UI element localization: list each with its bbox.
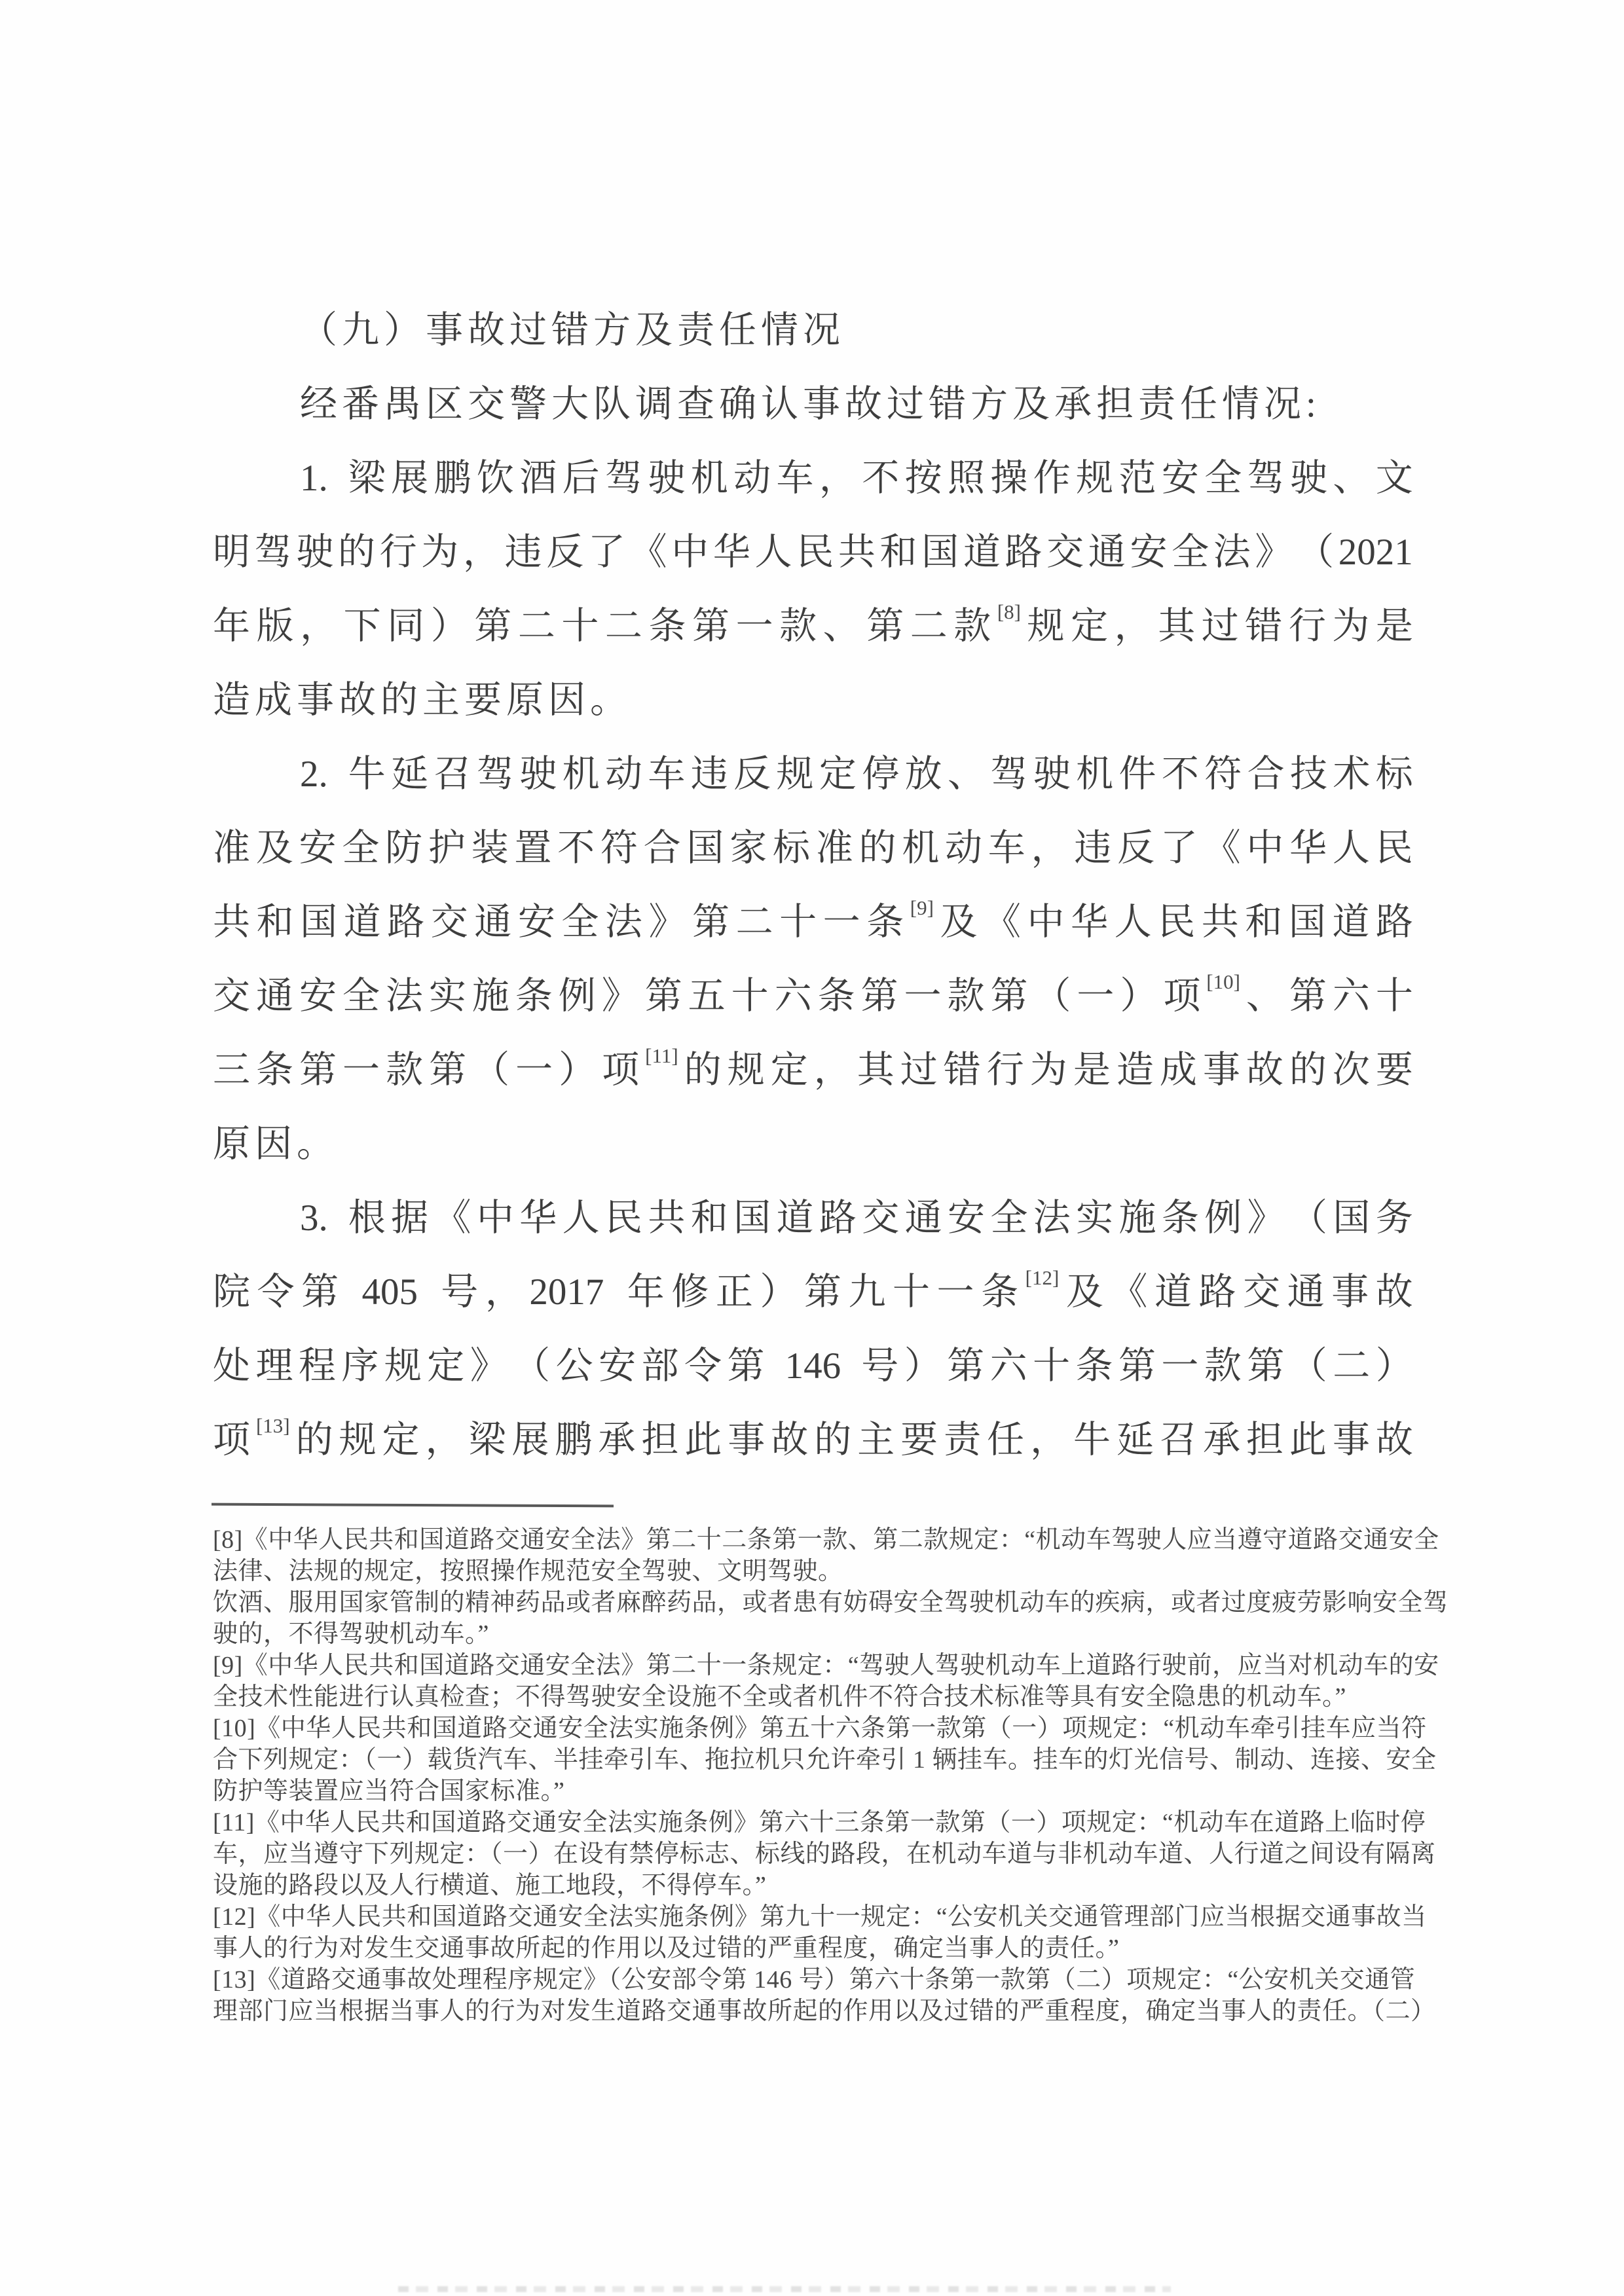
text-token: 任: [987, 1403, 1024, 1477]
body-text-line: 项[13]的规定，梁展鹏承担此事故的主要责任，牛延召承担此事故: [213, 1403, 1413, 1477]
text-token: 号: [441, 1255, 478, 1329]
text-token: 根: [348, 1181, 386, 1255]
section-heading: （九）事故过错方及责任情况: [213, 293, 1413, 367]
text-token: 正: [716, 1255, 753, 1329]
text-token: [346, 1255, 355, 1329]
text-token: 防: [385, 811, 422, 885]
text-token: 款: [1204, 1329, 1242, 1403]
text-token: 动: [605, 737, 642, 811]
footnote-line: [12]《中华人民共和国道路交通安全法实施条例》第九十一规定：“公安机关交通管理…: [213, 1901, 1460, 1933]
body-text-line: 1. 梁展鹏饮酒后驾驶机动车，不按照操作规范安全驾驶、文: [213, 441, 1413, 515]
text-token: 安: [299, 811, 337, 885]
footnote-line: 驶的，不得驾驶机动车。”: [213, 1618, 1460, 1650]
footnote-line: 全技术性能进行认真检查；不得驾驶安全设施不全或者机件不符合技术标准等具有安全隐患…: [213, 1681, 1460, 1713]
text-token: 》: [1255, 515, 1292, 589]
text-token: 全: [342, 811, 379, 885]
text-token: 明: [213, 515, 250, 589]
text-token: 造: [1116, 1033, 1154, 1107]
text-token: 国: [921, 515, 959, 589]
text-token: 3.: [300, 1181, 328, 1255]
text-token: 款: [953, 589, 991, 663]
text-token: 延: [1116, 1403, 1154, 1477]
text-token: [424, 1255, 434, 1329]
text-token: 成: [1160, 1033, 1197, 1107]
text-token: 共: [648, 1181, 685, 1255]
text-token: 、: [823, 589, 860, 663]
text-token: 二: [1333, 1329, 1370, 1403]
text-token: 承: [1203, 1403, 1240, 1477]
text-token: 例: [559, 959, 596, 1033]
text-token: 华: [713, 515, 750, 589]
text-token: 驶: [1290, 441, 1327, 515]
text-token: 第: [429, 1033, 466, 1107]
body-text-line: 处理程序规定》（公安部令第 146 号）第六十条第一款第（二）: [213, 1329, 1413, 1403]
text-token: 《: [984, 885, 1021, 959]
body-text: （九）事故过错方及责任情况 经番禺区交警大队调查确认事故过错方及承担责任情况:1…: [213, 293, 1413, 1477]
text-token: 交: [431, 885, 468, 959]
text-token: 民: [605, 1181, 642, 1255]
text-token: 通: [1287, 1255, 1325, 1329]
text-token: 梁: [468, 1403, 506, 1477]
text-token: 六: [775, 959, 812, 1033]
text-token: 文: [1376, 441, 1413, 515]
text-token: ）: [904, 1329, 942, 1403]
body-text-line: 准及安全防护装置不符合国家标准的机动车，违反了《中华人民: [213, 811, 1413, 885]
text-token: 故: [1376, 1255, 1413, 1329]
text-token: 范: [1119, 441, 1156, 515]
text-token: 一: [937, 1255, 974, 1329]
text-token: 》: [648, 885, 686, 959]
text-token: 全: [561, 885, 599, 959]
text-token: 驾: [255, 515, 292, 589]
text-token: 展: [391, 441, 428, 515]
text-token: 是: [1073, 1033, 1111, 1107]
body-text-line: 明驾驶的行为，违反了《中华人民共和国道路交通安全法》（2021: [213, 515, 1413, 589]
text-token: 标: [773, 811, 810, 885]
text-token: ）: [559, 1033, 596, 1107]
text-token: 交: [862, 1181, 899, 1255]
body-text-line: 经番禺区交警大队调查确认事故过错方及承担责任情况:: [213, 367, 1413, 441]
text-token: 合: [644, 811, 681, 885]
text-token: 事: [1333, 1403, 1370, 1477]
text-token: 1.: [300, 441, 328, 515]
text-token: 2021: [1338, 515, 1413, 589]
text-token: 责: [944, 1403, 981, 1477]
text-token: 实: [429, 959, 466, 1033]
text-token: 民: [1376, 811, 1413, 885]
text-token: 人: [1115, 885, 1152, 959]
text-token: 作: [1033, 441, 1071, 515]
text-token: 通: [1088, 515, 1126, 589]
text-token: 民: [796, 515, 834, 589]
text-token: 要: [1376, 1033, 1413, 1107]
text-token: 安: [1162, 441, 1199, 515]
body-text-line: 年版，下同）第二十二条第一款、第二款[8]规定，其过错行为是: [213, 589, 1413, 663]
text-token: （: [1290, 1329, 1327, 1403]
text-token: 通: [256, 959, 293, 1033]
text-token: 和: [257, 885, 294, 959]
text-token: 牛: [348, 737, 386, 811]
text-token: 十: [561, 589, 599, 663]
text-token: 、: [1333, 441, 1370, 515]
body-text-line: 三条第一款第（一）项[11]的规定，其过错行为是造成事故的次要: [213, 1033, 1413, 1107]
text-token: 法: [1213, 515, 1251, 589]
text-token: 标: [1376, 737, 1413, 811]
text-token: 一: [904, 959, 942, 1033]
text-token: 第: [1289, 959, 1327, 1033]
text-token: 条: [866, 885, 904, 959]
text-token: 了: [1160, 811, 1198, 885]
footnote-line: [8]《中华人民共和国道路交通安全法》第二十二条第一款、第二款规定：“机动车驾驶…: [213, 1524, 1460, 1556]
text-token: （: [1297, 515, 1334, 589]
text-token: 鹏: [555, 1403, 592, 1477]
text-token: 中: [1027, 885, 1065, 959]
text-token: 项: [602, 1033, 639, 1107]
text-token: 过: [900, 1033, 938, 1107]
text-token: 第: [866, 589, 904, 663]
text-token: 及: [1066, 1255, 1103, 1329]
text-token: 交: [213, 959, 250, 1033]
text-token: 二: [736, 885, 773, 959]
text-token: 反: [546, 515, 583, 589]
text-token: 不: [557, 811, 595, 885]
text-token: 行: [1289, 589, 1326, 663]
text-token: [611, 1255, 620, 1329]
text-token: 《: [630, 515, 667, 589]
text-token: 施: [1119, 1181, 1156, 1255]
text-token: ，: [1030, 1403, 1067, 1477]
text-token: 车: [777, 441, 814, 515]
text-token: （: [472, 1033, 509, 1107]
text-token: 路: [1198, 1255, 1236, 1329]
text-token: 六: [990, 1329, 1027, 1403]
text-token: 2.: [300, 737, 328, 811]
text-token: 交: [1243, 1255, 1280, 1329]
footnote-line: 饮酒、服用国家管制的精神药品或者麻醉药品，或者患有妨碍安全驾驶机动车的疾病，或者…: [213, 1587, 1460, 1618]
text-token: 令: [257, 1255, 295, 1329]
text-token: 法: [605, 885, 642, 959]
text-token: 序: [341, 1329, 378, 1403]
footnote-reference-superscript: [10]: [1206, 945, 1240, 1019]
text-token: 《: [1204, 811, 1241, 885]
text-token: 华: [519, 1181, 557, 1255]
text-token: 一: [515, 1033, 553, 1107]
text-token: 二: [910, 589, 948, 663]
body-text-line: 原因。: [213, 1107, 1413, 1181]
text-token: ）: [1376, 1329, 1413, 1403]
text-token: 车: [648, 737, 685, 811]
text-token: 条: [1162, 1181, 1199, 1255]
text-token: 是: [1376, 589, 1413, 663]
text-token: 按: [905, 441, 942, 515]
text-token: [333, 737, 342, 811]
text-token: 第: [947, 1329, 984, 1403]
text-token: 道: [344, 885, 381, 959]
text-token: 后: [563, 441, 600, 515]
text-token: 第: [804, 1255, 841, 1329]
text-token: 定: [771, 1033, 808, 1107]
text-token: 符: [600, 811, 638, 885]
text-token: 其: [1158, 589, 1195, 663]
text-token: 为: [1332, 589, 1369, 663]
text-token: 第: [692, 885, 729, 959]
text-token: 驾: [1247, 441, 1285, 515]
text-token: 处: [213, 1329, 250, 1403]
text-token: 安: [1130, 515, 1167, 589]
text-token: 修: [671, 1255, 709, 1329]
text-token: ，: [819, 441, 857, 515]
text-token: 路: [819, 1181, 857, 1255]
text-token: 照: [948, 441, 985, 515]
text-token: 二: [605, 589, 642, 663]
text-token: 驶: [648, 441, 685, 515]
text-token: 路: [387, 885, 424, 959]
text-token: 国: [1333, 1181, 1370, 1255]
text-token: 故: [1376, 1403, 1413, 1477]
text-token: 事: [728, 1403, 765, 1477]
text-token: 机: [563, 737, 600, 811]
text-token: 公: [556, 1329, 593, 1403]
text-token: 十: [1033, 1329, 1070, 1403]
text-token: 令: [684, 1329, 722, 1403]
text-token: 驶: [1033, 737, 1071, 811]
text-token: 六: [1333, 959, 1370, 1033]
body-text-line: 交通安全法实施条例》第五十六条第一款第（一）项[10]、第六十: [213, 959, 1413, 1033]
text-token: 通: [474, 885, 511, 959]
footnote-line: [13]《道路交通事故处理程序规定》（公安部令第 146 号）第六十条第一款第（…: [213, 1964, 1460, 1995]
text-token: 版: [257, 589, 294, 663]
footnote-reference-superscript: [9]: [910, 871, 934, 945]
text-token: 第: [1247, 1329, 1284, 1403]
text-token: 机: [691, 441, 728, 515]
text-token: 定: [427, 1329, 464, 1403]
text-token: 例: [1204, 1181, 1242, 1255]
text-token: 此: [1289, 1403, 1327, 1477]
text-token: 国: [1289, 885, 1326, 959]
text-token: 反: [733, 737, 771, 811]
text-token: 道: [1332, 885, 1369, 959]
text-token: 2017: [529, 1255, 604, 1329]
text-token: 一: [736, 589, 773, 663]
text-token: [333, 1181, 342, 1255]
text-token: 动: [733, 441, 771, 515]
text-token: 条: [981, 1255, 1018, 1329]
text-token: 担: [641, 1403, 678, 1477]
text-token: 放: [905, 737, 942, 811]
text-token: 事: [1203, 1033, 1240, 1107]
text-token: 的: [1289, 1033, 1327, 1107]
footnote-line: [11]《中华人民共和国道路交通安全法实施条例》第六十三条第一款第（一）项规定：…: [213, 1807, 1460, 1838]
text-token: ，: [1031, 811, 1069, 885]
text-token: 全: [1172, 515, 1209, 589]
text-token: 》: [1247, 1181, 1285, 1255]
footnote-line: 合下列规定：（一）载货汽车、半挂牵引车、拖拉机只允许牵引 1 辆挂车。挂车的灯光…: [213, 1744, 1460, 1776]
text-token: 驶: [519, 737, 557, 811]
text-token: 号: [861, 1329, 898, 1403]
text-token: 十: [1376, 959, 1413, 1033]
footnote-reference-superscript: [12]: [1025, 1241, 1060, 1315]
text-token: 饮: [477, 441, 514, 515]
text-token: ，: [463, 515, 500, 589]
text-token: 《: [434, 1181, 471, 1255]
text-token: 全: [1204, 441, 1242, 515]
text-token: 定: [1071, 589, 1108, 663]
text-token: 院: [213, 1255, 250, 1329]
text-token: 施: [472, 959, 509, 1033]
text-token: 的: [858, 811, 896, 885]
text-token: 年: [213, 589, 250, 663]
text-token: 驾: [605, 441, 642, 515]
text-token: 梁: [348, 441, 386, 515]
text-token: 动: [945, 811, 982, 885]
text-token: 规: [728, 1033, 765, 1107]
text-token: 人: [755, 515, 792, 589]
text-token: 第: [1118, 1329, 1156, 1403]
text-token: 五: [688, 959, 726, 1033]
text-token: 驾: [477, 737, 514, 811]
text-token: 的: [338, 515, 375, 589]
text-token: 规: [777, 737, 814, 811]
text-token: 中: [477, 1181, 514, 1255]
footnote-line: 设施的路段以及人行横道、施工地段，不得停车。”: [213, 1870, 1460, 1901]
text-token: 机: [1076, 737, 1113, 811]
footnote-separator-rule: [212, 1503, 614, 1508]
text-token: 第: [727, 1329, 764, 1403]
text-token: [847, 1329, 856, 1403]
text-token: 全: [990, 1181, 1027, 1255]
text-token: （: [1290, 1181, 1327, 1255]
text-token: 故: [771, 1403, 808, 1477]
text-token: 及: [256, 811, 293, 885]
text-token: 九: [848, 1255, 885, 1329]
text-token: 护: [428, 811, 466, 885]
text-token: 全: [342, 959, 380, 1033]
text-token: 民: [1158, 885, 1195, 959]
text-token: ）: [760, 1255, 797, 1329]
text-token: 技: [1290, 737, 1327, 811]
text-token: 违: [1074, 811, 1111, 885]
text-token: ）: [1120, 959, 1157, 1033]
text-token: 的: [296, 1403, 333, 1477]
text-token: 国: [733, 1181, 771, 1255]
text-token: 鹏: [434, 441, 471, 515]
footnote-reference-superscript: [13]: [256, 1389, 290, 1463]
text-token: 146: [785, 1329, 841, 1403]
text-token: 规: [339, 1403, 377, 1477]
text-token: 不: [862, 441, 899, 515]
text-token: 停: [862, 737, 899, 811]
text-token: 条: [256, 1033, 293, 1107]
text-token: 操: [990, 441, 1027, 515]
text-token: 安: [948, 1181, 985, 1255]
text-token: 和: [880, 515, 917, 589]
text-token: （: [513, 1329, 550, 1403]
text-token: 的: [684, 1033, 722, 1107]
text-token: 次: [1333, 1033, 1370, 1107]
text-token: 交: [1046, 515, 1084, 589]
text-token: 过: [1202, 589, 1239, 663]
text-token: 不: [1162, 737, 1199, 811]
text-token: 违: [691, 737, 728, 811]
text-token: 的: [814, 1403, 851, 1477]
text-token: 一: [342, 1033, 380, 1107]
text-token: ，: [1115, 589, 1152, 663]
text-token: 《: [1110, 1255, 1147, 1329]
text-token: 规: [384, 1329, 422, 1403]
text-token: 华: [1289, 811, 1327, 885]
footnote-line: [9]《中华人民共和国道路交通安全法》第二十一条规定：“驾驶人驾驶机动车上道路行…: [213, 1650, 1460, 1681]
text-token: 条: [818, 959, 855, 1033]
text-token: 家: [729, 811, 767, 885]
text-token: 驶: [296, 515, 333, 589]
text-token: 和: [1245, 885, 1282, 959]
footnote-line: 车，应当遵守下列规定：（一）在设有禁停标志、标线的路段，在机动车道与非机动车道、…: [213, 1838, 1460, 1870]
text-token: 准: [816, 811, 853, 885]
bleed-through-text-smudge: [398, 2286, 1171, 2292]
text-token: 共: [838, 515, 876, 589]
footnote-line: 理部门应当根据当事人的行为对发生道路交通事故所起的作用以及过错的严重程度，确定当…: [213, 1995, 1460, 2027]
text-token: 人: [563, 1181, 600, 1255]
text-token: ，: [426, 1403, 463, 1477]
text-token: 展: [511, 1403, 549, 1477]
text-token: 安: [518, 885, 555, 959]
text-token: 合: [1247, 737, 1285, 811]
text-token: 年: [627, 1255, 665, 1329]
text-token: ，: [485, 1255, 523, 1329]
text-token: 及: [940, 885, 977, 959]
text-token: 件: [1119, 737, 1156, 811]
text-token: ，: [300, 589, 337, 663]
text-token: 道: [963, 515, 1001, 589]
text-token: [333, 441, 342, 515]
text-token: 其: [857, 1033, 895, 1107]
text-token: 路: [1376, 885, 1413, 959]
text-token: 车: [988, 811, 1025, 885]
text-token: 国: [300, 885, 337, 959]
body-text-line: 造成事故的主要原因。: [213, 663, 1413, 737]
text-token: 人: [1333, 811, 1370, 885]
text-token: 部: [642, 1329, 679, 1403]
text-token: 第: [301, 1255, 339, 1329]
text-token: 据: [391, 1181, 428, 1255]
text-token: 程: [299, 1329, 336, 1403]
text-token: 、: [1246, 959, 1283, 1033]
body-text-line: 3. 根据《中华人民共和国道路交通安全法实施条例》（国务: [213, 1181, 1413, 1255]
text-token: 牛: [1073, 1403, 1111, 1477]
text-token: 下: [344, 589, 381, 663]
text-token: 和: [691, 1181, 728, 1255]
text-token: 》: [602, 959, 639, 1033]
text-token: 》: [470, 1329, 507, 1403]
text-token: 第: [861, 959, 898, 1033]
text-token: 酒: [519, 441, 557, 515]
scanned-document-page: （九）事故过错方及责任情况 经番禺区交警大队调查确认事故过错方及承担责任情况:1…: [0, 0, 1624, 2296]
text-token: 条: [1076, 1329, 1113, 1403]
text-token: 国: [686, 811, 724, 885]
text-token: 、: [948, 737, 985, 811]
text-token: 项: [213, 1403, 250, 1477]
text-token: 项: [1163, 959, 1200, 1033]
text-token: 实: [1076, 1181, 1113, 1255]
text-token: 定: [819, 737, 857, 811]
text-token: 通: [905, 1181, 942, 1255]
text-token: 承: [598, 1403, 635, 1477]
text-token: 安: [599, 1329, 636, 1403]
text-token: 一: [1077, 959, 1114, 1033]
text-token: 第: [692, 589, 729, 663]
text-token: 第: [990, 959, 1027, 1033]
footnote-line: 事人的行为对发生交通事故所起的作用以及过错的严重程度，确定当事人的责任。”: [213, 1933, 1460, 1964]
